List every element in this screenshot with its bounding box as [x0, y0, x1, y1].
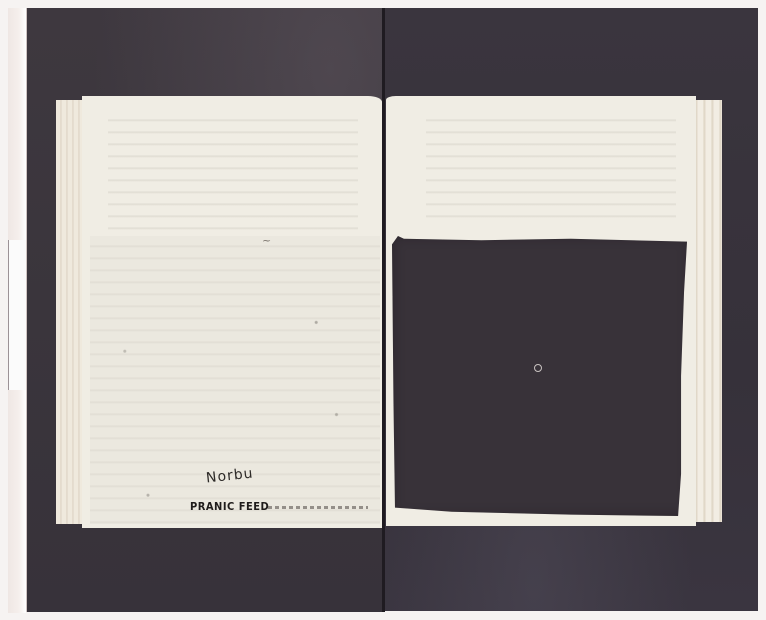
faded-text-lines	[426, 110, 676, 220]
page-tab	[8, 240, 26, 390]
book-photo: ~ Norbu PRANIC FEED	[0, 0, 766, 620]
right-page	[386, 96, 696, 526]
faded-text-lines	[108, 110, 358, 240]
top-scribble: ~	[262, 234, 271, 247]
page-edge-strip	[8, 8, 26, 613]
left-page: ~ Norbu PRANIC FEED	[82, 96, 382, 528]
book-gutter	[382, 8, 385, 612]
ink-speck	[534, 364, 542, 372]
scrawl-marks	[268, 506, 368, 509]
black-ink-rectangle	[392, 236, 690, 516]
handwriting-pranic-feed: PRANIC FEED	[190, 500, 269, 513]
